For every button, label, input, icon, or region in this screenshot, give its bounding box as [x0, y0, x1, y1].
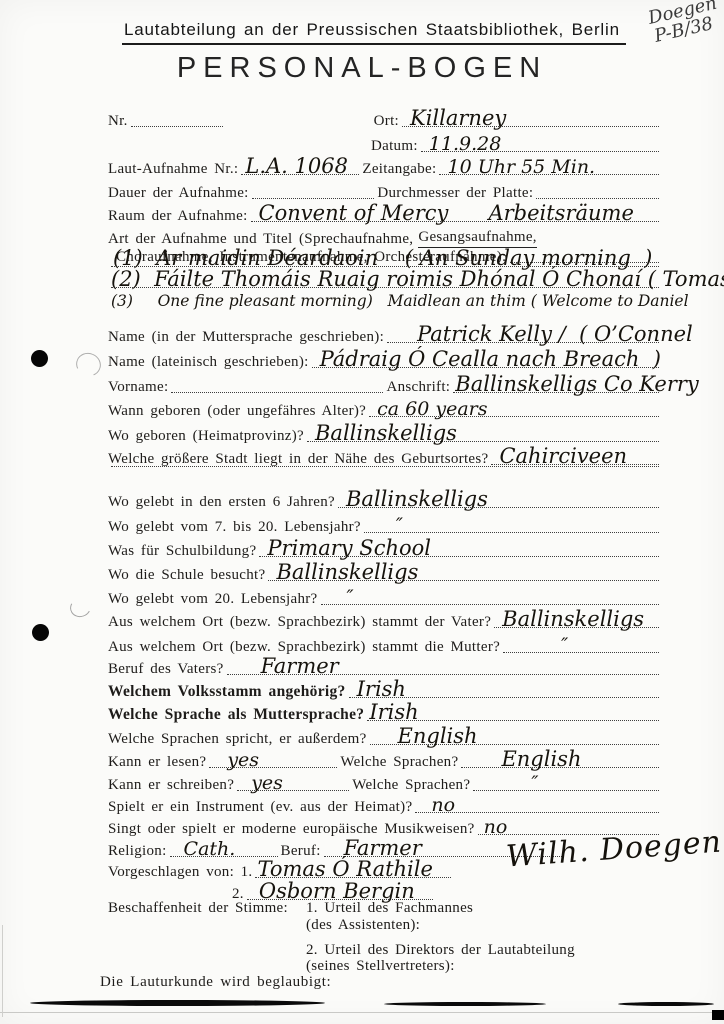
age7-20-line: ″ — [364, 532, 659, 533]
read-langs-line: English — [461, 767, 659, 768]
read-langs-value: English — [501, 749, 581, 770]
nearest-town-value: Cahirciveen — [499, 446, 627, 467]
religion-label: Religion: — [108, 843, 167, 860]
name-latin-value: Pádraig Ó Cealla nach Breach ) — [320, 349, 661, 370]
row-other-langs: Welche Sprachen spricht, er außerdem? En… — [108, 731, 662, 748]
father-job-value: Farmer — [261, 656, 339, 677]
pencil-circle-bottom — [68, 595, 94, 620]
born-where-label: Wo geboren (Heimatprovinz)? — [108, 428, 304, 445]
anschrift-value: Ballinskelligs Co Kerry — [455, 374, 698, 395]
certify-label: Die Lauturkunde wird beglaubigt: — [100, 974, 331, 991]
row-born-when: Wann geboren (oder ungefähres Alter)? ca… — [108, 403, 662, 420]
born-where-value: Ballinskelligs — [315, 423, 457, 444]
can-write-label: Kann er schreiben? — [108, 777, 234, 794]
instrument-value: no — [431, 796, 455, 815]
hole-punch-bottom — [32, 624, 49, 641]
row-can-write: Kann er schreiben? yes Welche Sprachen? … — [108, 777, 662, 794]
proposed-1-line: Tomas Ó Rathile — [255, 877, 451, 878]
row-age7-20: Wo gelebt vom 7. bis 20. Lebensjahr? ″ — [108, 519, 662, 536]
name-native-value: Patrick Kelly ∕ ( O’Connel — [417, 324, 693, 345]
muttersprache-line: Irish — [367, 720, 659, 721]
schooling-line: Primary School — [259, 556, 659, 557]
row-first6: Wo gelebt in den ersten 6 Jahren? Ballin… — [108, 494, 662, 511]
row-name-latin: Name (lateinisch geschrieben): Pádraig Ó… — [108, 354, 662, 371]
scan-streak-left — [30, 1000, 325, 1006]
durchmesser-line — [536, 198, 659, 199]
hole-punch-top — [31, 350, 48, 367]
vorname-line — [171, 392, 383, 393]
pencil-circle-top — [73, 349, 105, 380]
write-langs-label: Welche Sprachen? — [352, 777, 470, 794]
can-write-value: yes — [251, 774, 283, 793]
zeitangabe-label: Zeitangabe: — [362, 161, 436, 178]
after20-label: Wo gelebt vom 20. Lebensjahr? — [108, 591, 318, 608]
datum-value: 11.9.28 — [429, 135, 502, 154]
mother-origin-value: ″ — [561, 636, 568, 655]
voice-item2-line2: (seines Stellvertreters): — [306, 958, 455, 975]
anschrift-label: Anschrift: — [386, 379, 450, 396]
row-mother-origin: Aus welchem Ort (bezw. Sprachbezirk) sta… — [108, 639, 662, 656]
born-when-label: Wann geboren (oder ungefähres Alter)? — [108, 403, 366, 420]
proposed-label: Vorgeschlagen von: 1. — [108, 864, 252, 881]
modern-music-value: no — [484, 818, 508, 837]
age7-20-value: ″ — [396, 516, 403, 535]
row-vorname: Vorname: Anschrift: Ballinskelligs Co Ke… — [108, 379, 662, 396]
institution-header: Lautabteilung an der Preussischen Staats… — [122, 20, 626, 45]
can-read-label: Kann er lesen? — [108, 754, 206, 771]
religion-value: Cath. — [184, 840, 236, 859]
datum-line: 11.9.28 — [421, 151, 659, 152]
father-origin-line: Ballinskelligs — [494, 627, 659, 628]
volksstamm-label: Welchem Volksstamm angehörig? — [108, 683, 346, 701]
voice-item1-line1: 1. Urteil des Fachmannes — [306, 900, 473, 917]
proposed-1-value: Tomas Ó Rathile — [257, 859, 432, 880]
born-when-line: ca 60 years — [369, 416, 659, 417]
mother-origin-line: ″ — [503, 652, 659, 653]
row-datum: Datum: 11.9.28 — [108, 138, 662, 155]
row-dauer: Dauer der Aufnahme: Durchmesser der Plat… — [108, 185, 662, 202]
muttersprache-value: Irish — [369, 702, 418, 723]
title-2-line: (2) Fáilte Thomáis Ruaig roimis Dhónal Ó… — [111, 287, 659, 288]
scan-corner-mark — [712, 1010, 724, 1020]
write-langs-value: ″ — [531, 774, 538, 793]
other-langs-line: English — [370, 744, 659, 745]
row-after20: Wo gelebt vom 20. Lebensjahr? ″ — [108, 591, 662, 608]
can-read-line: yes — [209, 767, 337, 768]
scan-bottom-line — [0, 1012, 724, 1013]
row-father-origin: Aus welchem Ort (bezw. Sprachbezirk) sta… — [108, 614, 662, 631]
raum-label: Raum der Aufnahme: — [108, 208, 248, 225]
row-muttersprache: Welche Sprache als Muttersprache? Irish — [108, 706, 662, 724]
first6-value: Ballinskelligs — [346, 489, 488, 510]
first6-line: Ballinskelligs — [338, 507, 659, 508]
nr-line — [131, 126, 223, 127]
vorname-label: Vorname: — [108, 379, 168, 396]
row-born-where: Wo geboren (Heimatprovinz)? Ballinskelli… — [108, 428, 662, 445]
raum-line: Convent of Mercy Arbeitsräume — [251, 221, 659, 222]
age7-20-label: Wo gelebt vom 7. bis 20. Lebensjahr? — [108, 519, 361, 536]
name-latin-label: Name (lateinisch geschrieben): — [108, 354, 309, 371]
schooling-label: Was für Schulbildung? — [108, 543, 256, 560]
volksstamm-line: Irish — [349, 697, 659, 698]
title-2-value: (2) Fáilte Thomáis Ruaig roimis Dhónal Ó… — [111, 269, 724, 290]
durchmesser-label: Durchmesser der Platte: — [377, 185, 533, 202]
school-where-label: Wo die Schule besucht? — [108, 567, 265, 584]
born-when-value: ca 60 years — [377, 400, 487, 419]
father-origin-label: Aus welchem Ort (bezw. Sprachbezirk) sta… — [108, 614, 491, 631]
row-instrument: Spielt er ein Instrument (ev. aus der He… — [108, 799, 662, 816]
laut-nr-line: L.A. 1068 — [241, 174, 359, 175]
row-title-2: (2) Fáilte Thomáis Ruaig roimis Dhónal Ó… — [108, 287, 662, 291]
form-title: PERSONAL-BOGEN — [0, 52, 724, 85]
dauer-line — [252, 198, 375, 199]
ort-label: Ort: — [374, 113, 399, 130]
row-nr-ort: Nr. Ort: Killarney — [108, 113, 662, 130]
row-name-native: Name (in der Muttersprache geschrieben):… — [108, 329, 662, 346]
other-langs-value: English — [398, 726, 478, 747]
title-3-value: (3) One fine pleasant morning) Maidlean … — [111, 294, 689, 310]
can-read-value: yes — [227, 751, 259, 770]
row-raum: Raum der Aufnahme: Convent of Mercy Arbe… — [108, 208, 662, 225]
row-volksstamm: Welchem Volksstamm angehörig? Irish — [108, 683, 662, 701]
scan-streak-middle — [384, 1002, 546, 1006]
raum-value: Convent of Mercy Arbeitsräume — [259, 203, 634, 224]
laut-nr-label: Laut-Aufnahme Nr.: — [108, 161, 238, 178]
corner-archive-note: Doegen P-B/38 — [647, 0, 723, 47]
scan-left-edge — [2, 925, 3, 1017]
father-job-line: Farmer — [227, 674, 659, 675]
schooling-value: Primary School — [267, 538, 431, 559]
row-school-where: Wo die Schule besucht? Ballinskelligs — [108, 567, 662, 584]
zeitangabe-line: 10 Uhr 55 Min. — [439, 174, 659, 175]
dauer-label: Dauer der Aufnahme: — [108, 185, 249, 202]
row-schooling: Was für Schulbildung? Primary School — [108, 543, 662, 560]
can-write-line: yes — [237, 790, 349, 791]
school-where-line: Ballinskelligs — [268, 580, 659, 581]
personal-bogen-scan: Doegen P-B/38 Lautabteilung an der Preus… — [0, 0, 724, 1024]
ort-line: Killarney — [402, 126, 659, 127]
born-where-line: Ballinskelligs — [307, 441, 659, 442]
after20-line: ″ — [321, 604, 659, 605]
volksstamm-value: Irish — [357, 679, 406, 700]
instrument-label: Spielt er ein Instrument (ev. aus der He… — [108, 799, 412, 816]
school-where-value: Ballinskelligs — [276, 562, 418, 583]
other-langs-label: Welche Sprachen spricht, er außerdem? — [108, 731, 367, 748]
ort-value: Killarney — [410, 108, 506, 129]
father-origin-value: Ballinskelligs — [502, 609, 644, 630]
after20-value: ″ — [347, 588, 354, 607]
name-native-label: Name (in der Muttersprache geschrieben): — [108, 329, 384, 346]
instrument-line: no — [415, 812, 659, 813]
voice-item2-line1: 2. Urteil des Direktors der Lautabteilun… — [306, 942, 575, 959]
datum-label: Datum: — [371, 138, 418, 155]
row-title-3: (3) One fine pleasant morning) Maidlean … — [108, 306, 662, 309]
voice-label: Beschaffenheit der Stimme: — [108, 900, 288, 917]
laut-nr-value: L.A. 1068 — [245, 156, 348, 177]
first6-label: Wo gelebt in den ersten 6 Jahren? — [108, 494, 335, 511]
father-job-label: Beruf des Vaters? — [108, 661, 224, 678]
name-native-line: Patrick Kelly ∕ ( O’Connel — [387, 342, 659, 343]
nr-label: Nr. — [108, 113, 128, 130]
scan-streak-right — [618, 1002, 714, 1006]
zeitangabe-value: 10 Uhr 55 Min. — [447, 158, 595, 177]
title-1-value: (1) Ar maidin Déardaoin ( An Sunday morn… — [113, 248, 652, 269]
voice-item1-line2: (des Assistenten): — [306, 917, 420, 934]
read-langs-label: Welche Sprachen? — [340, 754, 458, 771]
name-latin-line: Pádraig Ó Cealla nach Breach ) — [312, 367, 659, 368]
row-can-read: Kann er lesen? yes Welche Sprachen? Engl… — [108, 754, 662, 771]
muttersprache-label: Welche Sprache als Muttersprache? — [108, 706, 364, 724]
blank-line — [111, 466, 659, 467]
row-laut-nr: Laut-Aufnahme Nr.: L.A. 1068 Zeitangabe:… — [108, 161, 662, 178]
write-langs-line: ″ — [473, 790, 659, 791]
anschrift-line: Ballinskelligs Co Kerry — [453, 392, 659, 393]
row-father-job: Beruf des Vaters? Farmer — [108, 661, 662, 678]
row-blank — [108, 466, 662, 470]
